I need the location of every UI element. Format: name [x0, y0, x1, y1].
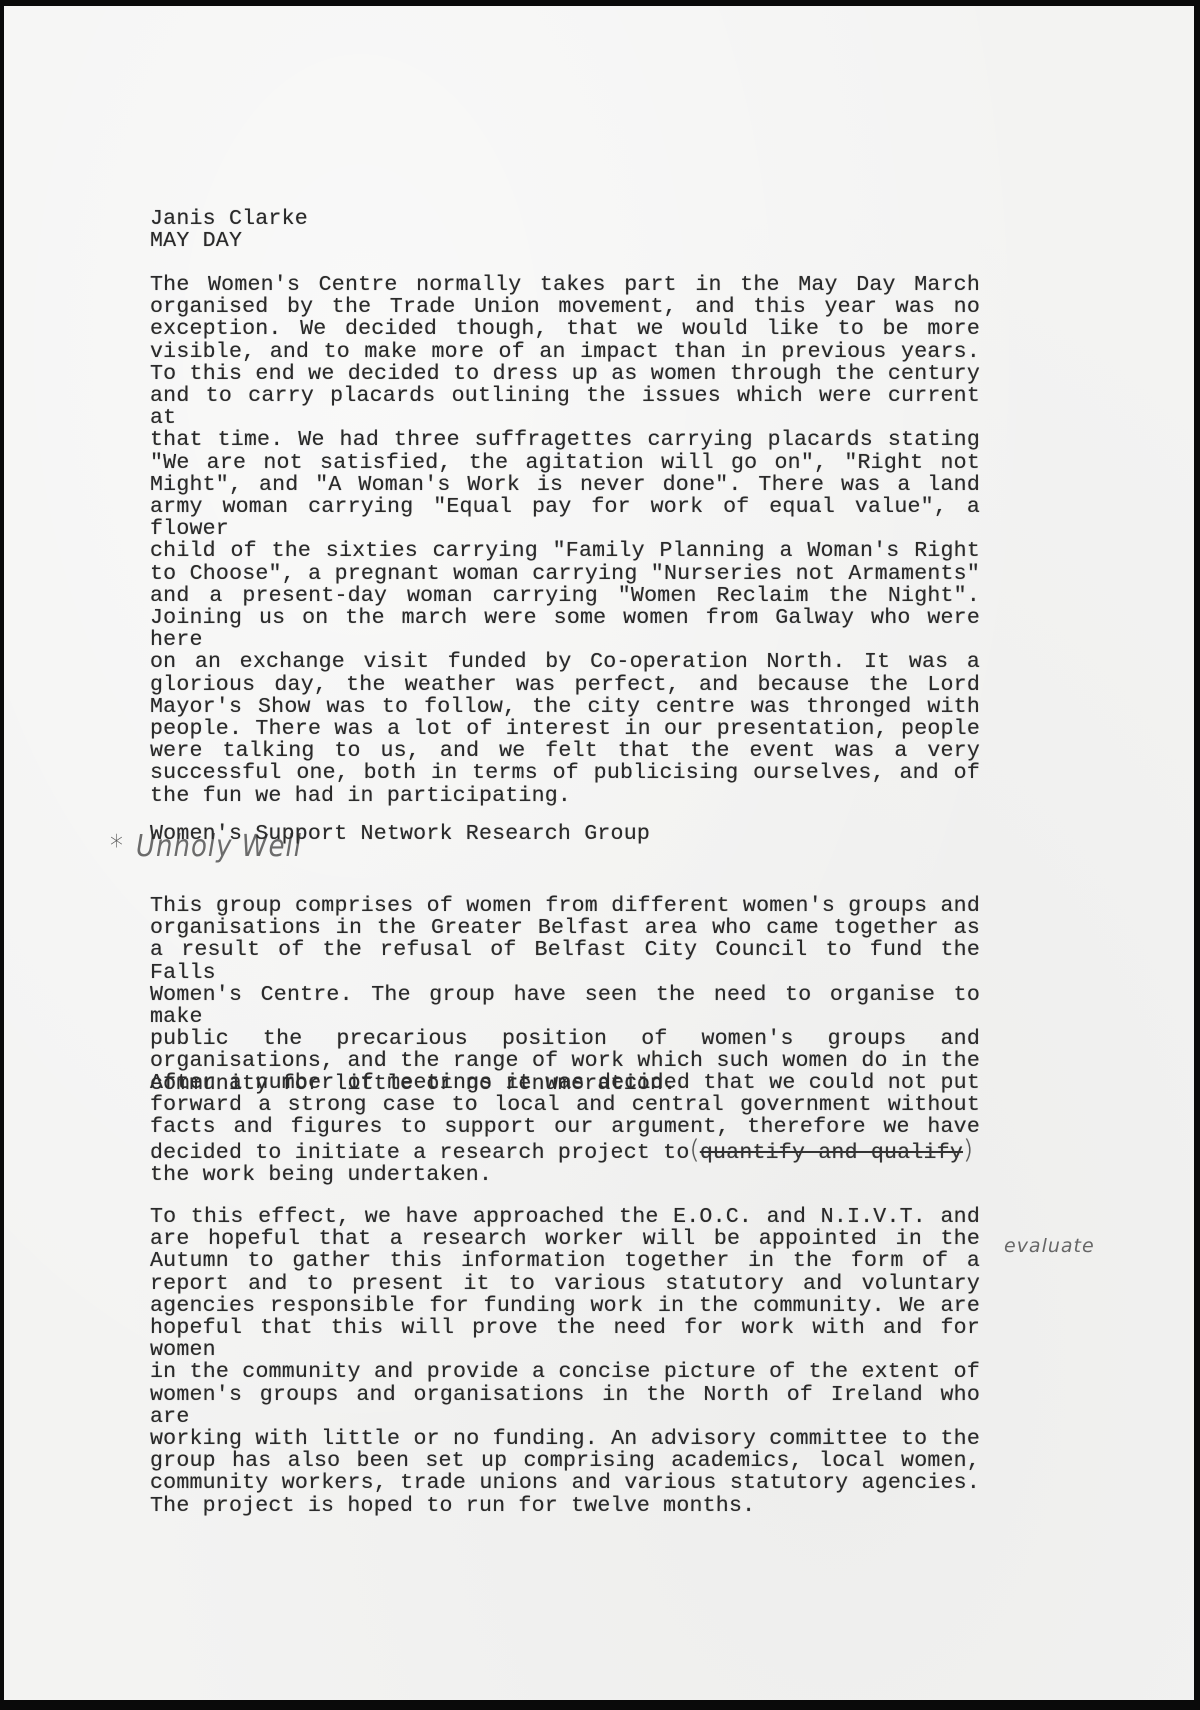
- text-line: Mayor's Show was to follow, the city cen…: [150, 696, 980, 718]
- handwritten-paren-open: (: [690, 1135, 700, 1165]
- paragraph-research-project: After a number of meetings it was decide…: [150, 1072, 980, 1186]
- text-line: public the precarious position of women'…: [150, 1028, 980, 1050]
- text-line: Women's Centre. The group have seen the …: [150, 984, 980, 1028]
- text-line: organisations in the Greater Belfast are…: [150, 917, 980, 939]
- text-line: visible, and to make more of an impact t…: [150, 341, 980, 363]
- struck-through-text: quantify and qualify: [700, 1141, 963, 1165]
- line-prefix: decided to initiate a research project t…: [150, 1141, 690, 1165]
- text-line: organised by the Trade Union movement, a…: [150, 296, 980, 318]
- document-title: MAY DAY: [150, 230, 980, 252]
- paragraph-funding-approach: To this effect, we have approached the E…: [150, 1206, 980, 1517]
- text-line: Autumn to gather this information togeth…: [150, 1250, 980, 1272]
- text-line: women's groups and organisations in the …: [150, 1384, 980, 1428]
- text-line: the fun we had in participating.: [150, 785, 980, 807]
- paragraph-lines: After a number of meetings it was decide…: [150, 1072, 980, 1139]
- text-line: "We are not satisfied, the agitation wil…: [150, 452, 980, 474]
- text-line: This group comprises of women from diffe…: [150, 895, 980, 917]
- text-line: on an exchange visit funded by Co-operat…: [150, 651, 980, 673]
- text-line: agencies responsible for funding work in…: [150, 1295, 980, 1317]
- text-line: community workers, trade unions and vari…: [150, 1472, 980, 1494]
- text-line: Joining us on the march were some women …: [150, 607, 980, 651]
- handwritten-paren-close: ): [963, 1135, 973, 1165]
- text-line: in the community and provide a concise p…: [150, 1361, 980, 1383]
- text-line: army woman carrying "Equal pay for work …: [150, 496, 980, 540]
- paragraph-group-description: This group comprises of women from diffe…: [150, 895, 980, 1095]
- text-line: To this effect, we have approached the E…: [150, 1206, 980, 1228]
- text-line: are hopeful that a research worker will …: [150, 1228, 980, 1250]
- text-line: were talking to us, and we felt that the…: [150, 740, 980, 762]
- text-line: group has also been set up comprising ac…: [150, 1450, 980, 1472]
- text-line: and to carry placards outlining the issu…: [150, 385, 980, 429]
- text-line: successful one, both in terms of publici…: [150, 762, 980, 784]
- text-line: After a number of meetings it was decide…: [150, 1072, 980, 1094]
- edited-line: decided to initiate a research project t…: [150, 1139, 980, 1164]
- author-name: Janis Clarke: [150, 208, 980, 230]
- asterisk-mark: *: [110, 830, 124, 865]
- text-line: glorious day, the weather was perfect, a…: [150, 674, 980, 696]
- text-line: forward a strong case to local and centr…: [150, 1094, 980, 1116]
- text-line: and a present-day woman carrying "Women …: [150, 585, 980, 607]
- text-line: people. There was a lot of interest in o…: [150, 718, 980, 740]
- text-line: that time. We had three suffragettes car…: [150, 429, 980, 451]
- scanned-page: Janis Clarke MAY DAY The Women's Centre …: [4, 6, 1194, 1700]
- paragraph-may-day: The Women's Centre normally takes part i…: [150, 274, 980, 807]
- text-line: organisations, and the range of work whi…: [150, 1050, 980, 1072]
- text-line: working with little or no funding. An ad…: [150, 1428, 980, 1450]
- text-line: report and to present it to various stat…: [150, 1273, 980, 1295]
- text-line: The project is hoped to run for twelve m…: [150, 1495, 980, 1517]
- text-line: facts and figures to support our argumen…: [150, 1116, 980, 1138]
- text-line: exception. We decided though, that we wo…: [150, 318, 980, 340]
- handwritten-insert: evaluate: [1004, 1235, 1095, 1257]
- section-heading: Women's Support Network Research Group: [150, 823, 980, 845]
- text-line: hopeful that this will prove the need fo…: [150, 1317, 980, 1361]
- text-line: child of the sixties carrying "Family Pl…: [150, 540, 980, 562]
- paragraph-last-line: the work being undertaken.: [150, 1164, 980, 1186]
- text-line: a result of the refusal of Belfast City …: [150, 939, 980, 983]
- text-line: Might", and "A Woman's Work is never don…: [150, 474, 980, 496]
- text-line: to Choose", a pregnant woman carrying "N…: [150, 563, 980, 585]
- text-line: To this end we decided to dress up as wo…: [150, 363, 980, 385]
- text-line: The Women's Centre normally takes part i…: [150, 274, 980, 296]
